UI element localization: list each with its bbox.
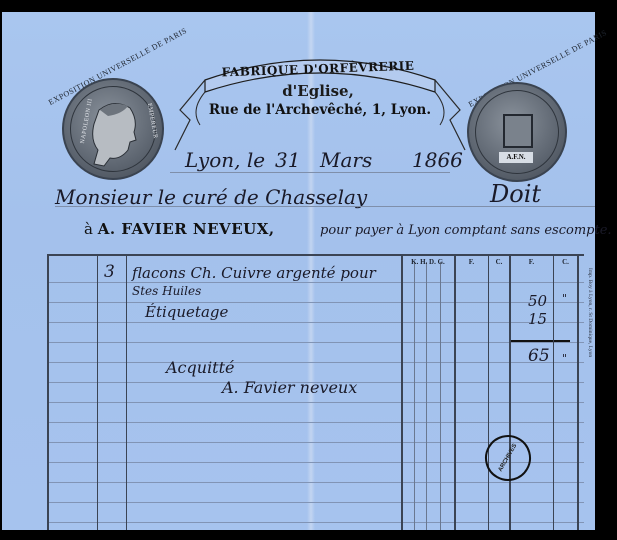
date-month: Mars: [320, 148, 372, 172]
napoleon-portrait-medal-icon: [62, 78, 164, 180]
grand-total-francs: 65: [528, 346, 550, 366]
header-total-centimes: C.: [554, 258, 577, 266]
date-year: 1866: [412, 148, 463, 172]
shield-icon: [503, 114, 533, 148]
merchant-name: A. FAVIER NEVEUX,: [98, 220, 275, 238]
doit-label: Doit: [490, 180, 541, 208]
merchant-prefix: à: [84, 220, 93, 238]
row-1-description: flacons Ch. Cuivre argenté pour: [132, 264, 376, 282]
row-1-description-cont: Stes Huiles: [132, 284, 201, 298]
total-underline: [510, 340, 570, 342]
date-place: Lyon, le: [185, 148, 265, 172]
row-2-total-francs: 15: [528, 310, 547, 328]
header-price-centimes: C.: [489, 258, 509, 266]
coat-of-arms-medal-icon: A.F.N.: [467, 82, 567, 182]
subtitle: d'Eglise,: [213, 82, 423, 100]
portrait-icon: [64, 80, 162, 178]
printer-note: Imp. Boy à Lyon, r. St Dominique, Lyon: [587, 268, 593, 388]
medal-label: A.F.N.: [499, 152, 533, 163]
header-price-francs: F.: [455, 258, 488, 266]
row-1-total-centimes: ": [562, 292, 567, 305]
receipt-signature: A. Favier neveux: [222, 378, 357, 397]
grand-total-centimes: ": [562, 352, 567, 365]
row-2-description: Étiquetage: [145, 303, 228, 321]
row-1-qty: 3: [104, 262, 115, 282]
payment-terms: pour payer à Lyon comptant sans escompte…: [320, 223, 612, 238]
address: Rue de l'Archevêché, 1, Lyon.: [200, 102, 440, 118]
header-weights: K. H. D. G.: [402, 258, 454, 266]
date-day: 31: [275, 148, 300, 172]
row-1-total-francs: 50: [528, 292, 547, 310]
header-total-francs: F.: [510, 258, 553, 266]
receipt-acquitte: Acquitté: [166, 358, 235, 377]
stamp-text: ARCHIVES: [498, 443, 519, 473]
